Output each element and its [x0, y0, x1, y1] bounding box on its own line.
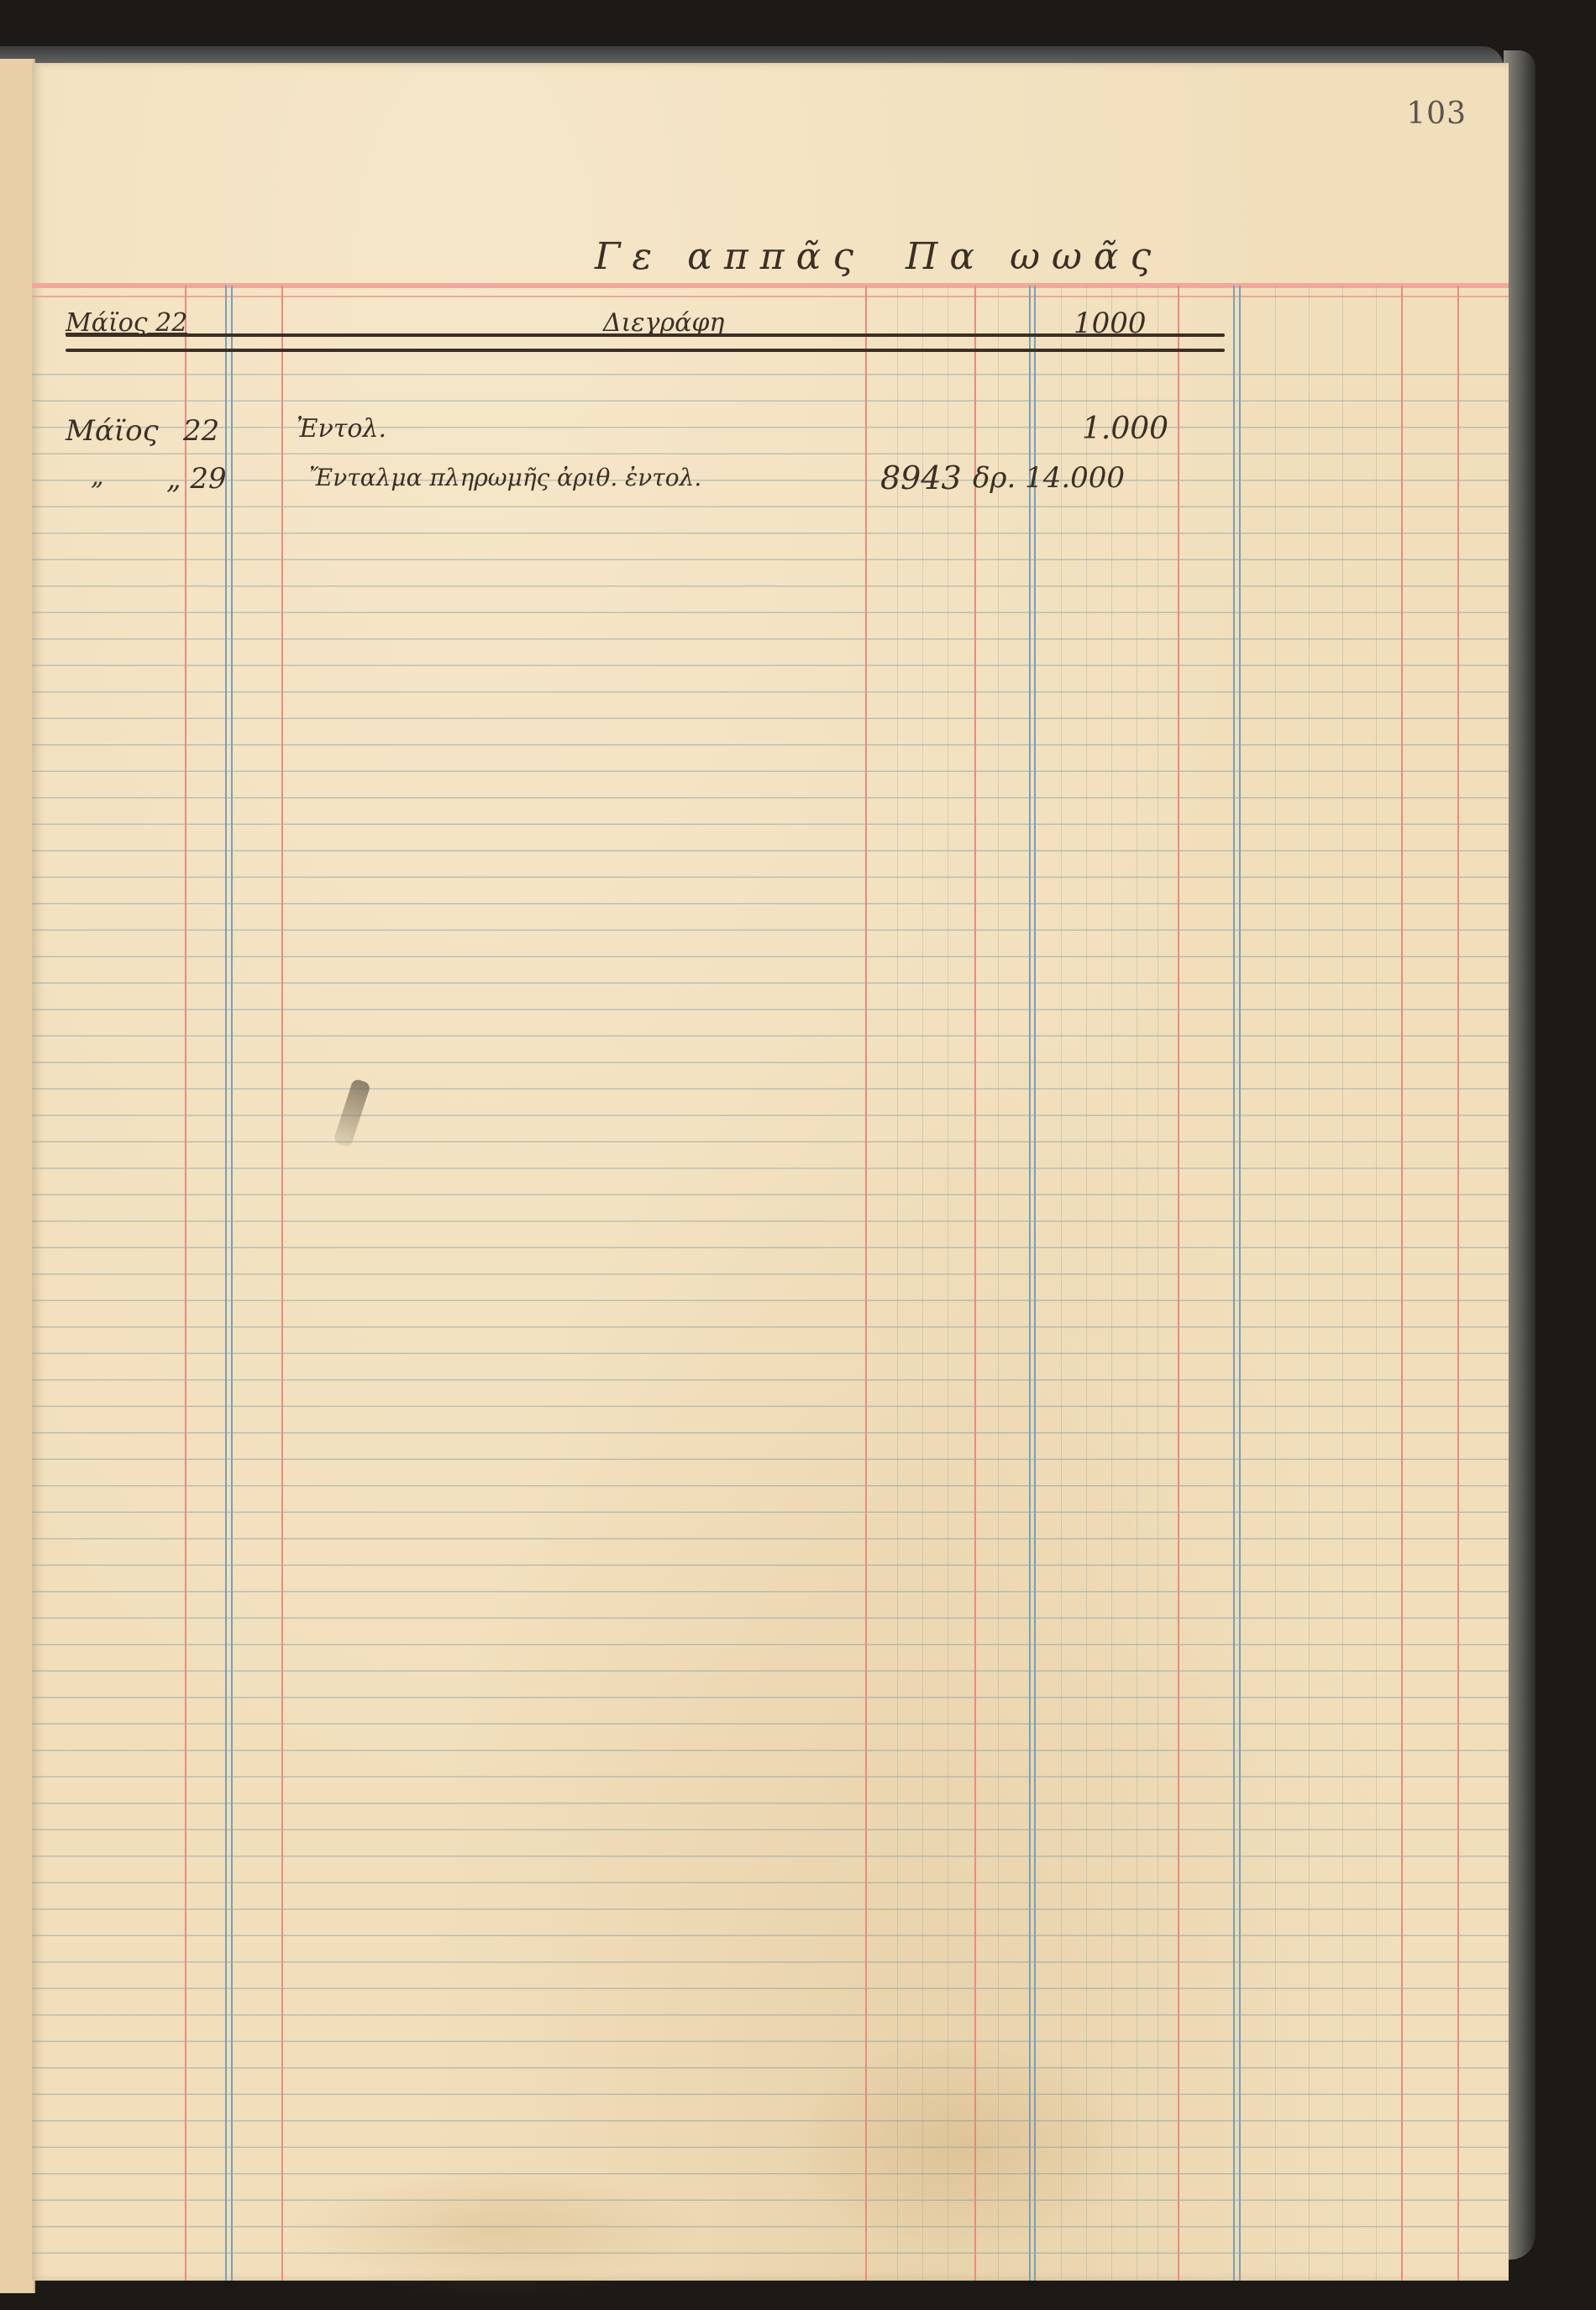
entry-day: 22 — [183, 414, 219, 448]
grid-fine — [1275, 286, 1276, 2281]
amount-column-rule-1 — [1029, 286, 1031, 2281]
entry-description: Ἔνταλμα πληρωμῆς ἀριθ. ἐντολ. — [309, 464, 701, 491]
entry-month: Μάϊος — [66, 414, 159, 448]
day-column-rule-2 — [231, 286, 233, 2281]
amount-column-rule-2 — [1034, 286, 1036, 2281]
note-column-rule — [974, 286, 976, 2281]
right-column-rule-1 — [1401, 286, 1403, 2281]
grid-fine — [897, 286, 898, 2281]
facing-page-edge — [0, 59, 35, 2293]
entry-day: „ 29 — [166, 462, 227, 496]
entry-reference: 8943 — [880, 459, 962, 496]
grid-fine — [1158, 286, 1158, 2281]
water-stain — [788, 2037, 1141, 2255]
horizontal-rulings — [32, 349, 1509, 2264]
strike-line-2 — [66, 349, 1225, 352]
right-column-rule-2 — [1457, 286, 1459, 2281]
grid-fine — [1342, 286, 1343, 2281]
ledger-page: 103 Γε αππᾶς Πα ωωᾶς Μάϊος 22 Διεγράφη 1… — [32, 63, 1509, 2281]
header-red-band — [32, 283, 1509, 288]
grid-fine — [1111, 286, 1112, 2281]
entry-amount: 1.000 — [1082, 412, 1168, 446]
header-red-line — [32, 296, 1509, 297]
description-column-rule — [281, 286, 283, 2281]
day-column-rule-1 — [225, 286, 227, 2281]
grid-fine — [1309, 286, 1310, 2281]
grid-fine — [998, 286, 999, 2281]
grid-fine — [1376, 286, 1377, 2281]
amount-end-rule — [1178, 286, 1179, 2281]
entry-note: δρ. 14.000 — [973, 461, 1125, 495]
entry-month: „ — [91, 462, 104, 491]
grid-fine — [948, 286, 948, 2281]
ref-column-rule — [865, 286, 867, 2281]
second-amount-rule-1 — [1233, 286, 1235, 2281]
account-heading-first: Γε αππᾶς — [595, 235, 865, 278]
grid-fine — [1137, 286, 1137, 2281]
water-stain — [284, 2163, 704, 2297]
entry-description: Ἐντολ. — [297, 414, 386, 444]
grid-fine — [1061, 286, 1062, 2281]
account-heading-second: Πα ωωᾶς — [906, 235, 1163, 278]
grid-fine — [922, 286, 923, 2281]
date-column-rule — [185, 286, 186, 2281]
strike-line-1 — [66, 333, 1225, 337]
second-amount-rule-2 — [1239, 286, 1241, 2281]
grid-fine — [1086, 286, 1087, 2281]
page-number: 103 — [1406, 97, 1467, 131]
